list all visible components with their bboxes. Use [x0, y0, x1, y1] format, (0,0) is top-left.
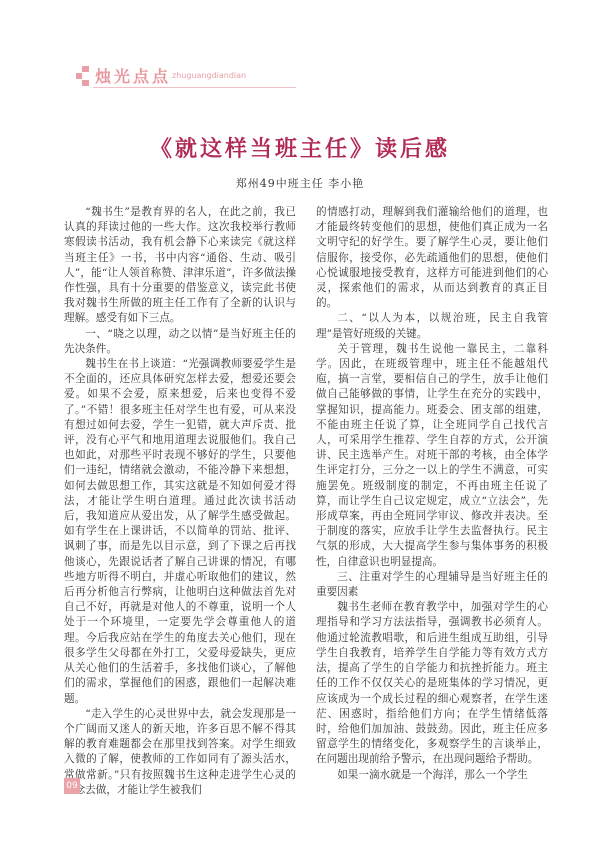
article-byline: 郑州49中班主任 李小艳 [0, 175, 600, 191]
paragraph: 魏书生在书上谈道：“光强调教师要爱学生是不全面的，还应具体研究怎样去爱，想爱还要… [64, 357, 296, 707]
right-column: 的情感打动，理解到我们灌输给他们的道理，也才能最终转变他们的思想，使他们真正成为… [316, 205, 548, 783]
left-column: “魏书生”是教育界的名人，在此之前，我已认真的拜读过他的一些大作。这次我校举行教… [64, 205, 296, 798]
section-heading: 二、“以人为本，以规治班，民主自我管理”是管好班级的关键。 [316, 311, 548, 341]
page-number: 09 [64, 778, 80, 794]
paragraph: 如果一滴水就是一个海洋，那么一个学生 [316, 768, 548, 783]
paragraph: “走入学生的心灵世界中去，就会发现那是一个广阔而又迷人的新天地，许多百思不解不得… [64, 707, 296, 798]
section-heading: 三、注重对学生的心理辅导是当好班主任的重要因素 [316, 570, 548, 600]
section-pinyin: zhuguangdiandian [172, 71, 246, 80]
section-heading: 一、“晓之以理，动之以情”是当好班主任的先决条件。 [64, 327, 296, 357]
section-header: 烛光点点 zhuguangdiandian [76, 64, 296, 90]
article-title: 《就这样当班主任》读后感 [0, 132, 600, 163]
paragraph: 魏书生老师在教育教学中，加强对学生的心理指导和学习方法法指导，强调教书必须育人。… [316, 600, 548, 767]
paragraph: 的情感打动，理解到我们灌输给他们的道理，也才能最终转变他们的思想，使他们真正成为… [316, 205, 548, 311]
section-logo-icon [76, 66, 92, 86]
section-name: 烛光点点 [95, 64, 171, 87]
header-divider [93, 87, 296, 88]
paragraph: 关于管理，魏书生说他一靠民主，二靠科学。因此，在班级管理中，班主任不能越俎代庖，… [316, 342, 548, 570]
paragraph: “魏书生”是教育界的名人，在此之前，我已认真的拜读过他的一些大作。这次我校举行教… [64, 205, 296, 327]
